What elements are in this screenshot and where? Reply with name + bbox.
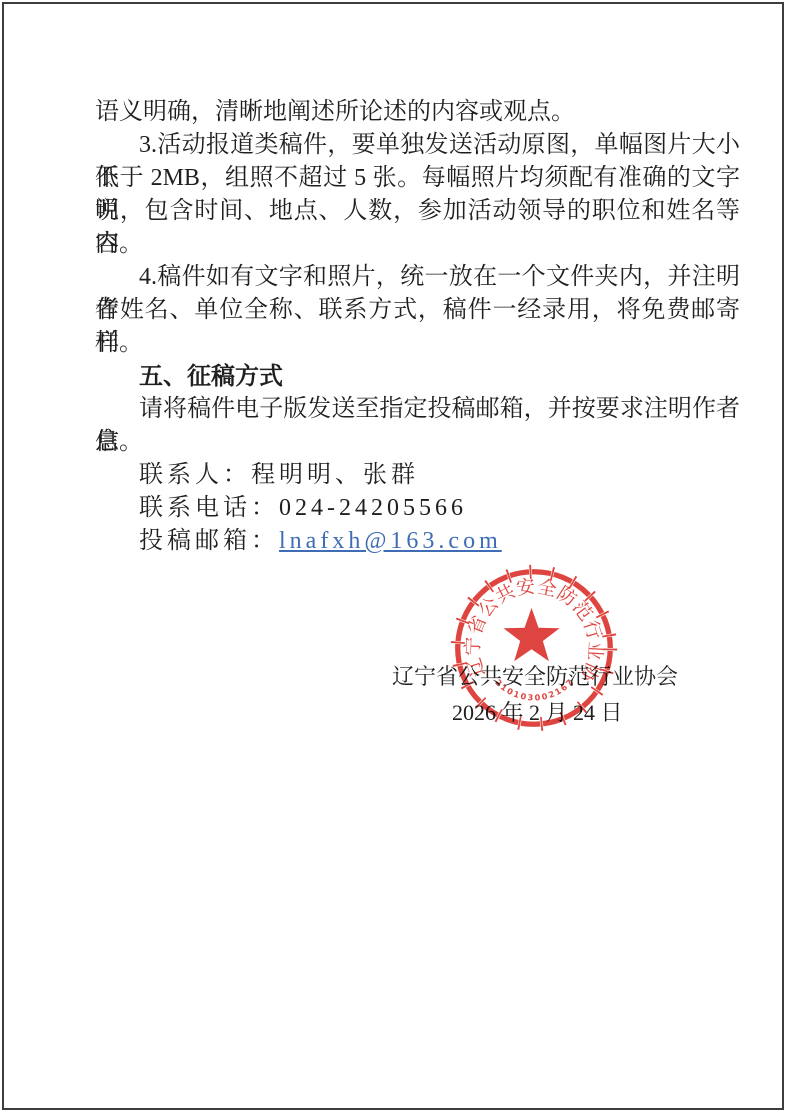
text-line: 者姓名、单位全称、联系方式，稿件一经录用，将免费邮寄样	[95, 294, 740, 327]
line-text: 五、征稿方式	[139, 363, 283, 390]
text-line: 容。	[95, 228, 740, 261]
seal-star-icon	[503, 608, 559, 661]
seal-graphic: 辽宁省公共安全防范行业协会 2101030021676	[452, 566, 616, 730]
line-text: 息。	[95, 429, 143, 455]
text-line: 语义明确，清晰地阐述所论述的内容或观点。	[95, 96, 740, 129]
text-line: 请将稿件电子版发送至指定投稿邮箱，并按要求注明作者信	[95, 393, 740, 426]
line-text: 投稿邮箱：	[139, 528, 279, 554]
text-line: 4.稿件如有文字和照片，统一放在一个文件夹内，并注明作	[95, 261, 740, 294]
document-body: 语义明确，清晰地阐述所论述的内容或观点。3.活动报道类稿件，要单独发送活动原图，…	[95, 96, 740, 558]
text-line: 息。	[95, 426, 740, 459]
line-text: 容。	[95, 231, 143, 257]
line-text: 联系电话：024-24205566	[139, 495, 467, 521]
text-line: 明，包含时间、地点、人数，参加活动领导的职位和姓名等内	[95, 195, 740, 228]
text-line: 联系人：程明明、张群	[95, 459, 740, 492]
line-text: 联系人：程明明、张群	[139, 462, 419, 488]
line-text: 语义明确，清晰地阐述所论述的内容或观点。	[95, 99, 575, 125]
text-line: 五、征稿方式	[95, 360, 740, 393]
email-link[interactable]: lnafxh@163.com	[279, 528, 502, 554]
text-line: 联系电话：024-24205566	[95, 492, 740, 525]
text-line: 3.活动报道类稿件，要单独发送活动原图，单幅图片大小不	[95, 129, 740, 162]
text-line: 刊。	[95, 327, 740, 360]
line-text: 刊。	[95, 330, 143, 356]
official-seal-stamp: 辽宁省公共安全防范行业协会 2101030021676	[452, 566, 616, 730]
text-line: 投稿邮箱：lnafxh@163.com	[95, 525, 740, 558]
text-line: 低于 2MB，组照不超过 5 张。每幅照片均须配有准确的文字说	[95, 162, 740, 195]
document-page: { "page": { "background": "#ffffff", "bo…	[0, 0, 786, 1112]
